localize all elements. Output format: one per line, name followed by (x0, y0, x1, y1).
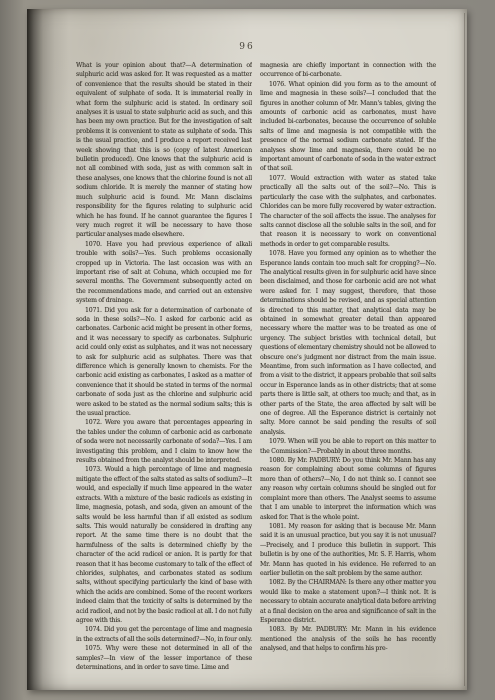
paragraph: What is your opinion about that?—A deter… (76, 61, 252, 240)
paragraph: 1074. Did you get the percentage of lime… (76, 625, 252, 644)
paragraph: magnesia are chiefly important in connec… (260, 61, 436, 80)
paragraph: 1075. Why were these not determined in a… (76, 644, 252, 672)
paragraph: 1080. By Mr. PADBURY: Do you think Mr. M… (260, 456, 436, 522)
paragraph: 1077. Would extraction with water as sta… (260, 174, 436, 249)
page-edge-line (464, 13, 465, 686)
paragraph: 1083. By Mr. PADBURY: Mr. Mann in his ev… (260, 625, 436, 653)
paragraph: 1081. My reason for asking that is becau… (260, 522, 436, 578)
paragraph: 1070. Have you had previous experience o… (76, 240, 252, 306)
paragraph: 1078. Have you formed any opinion as to … (260, 249, 436, 437)
scanned-page-background: 96 What is your opinion about that?—A de… (0, 0, 495, 700)
page-number: 96 (27, 9, 467, 52)
column-left: What is your opinion about that?—A deter… (76, 61, 252, 675)
paragraph: 1079. When will you be able to report on… (260, 437, 436, 456)
column-right: magnesia are chiefly important in connec… (260, 61, 436, 675)
paragraph: 1072. Were you aware that percentages ap… (76, 418, 252, 465)
paragraph: 1076. What opinion did you form as to th… (260, 80, 436, 174)
paragraph: 1073. Would a high percentage of lime an… (76, 465, 252, 625)
paragraph: 1071. Did you ask for a determination of… (76, 306, 252, 419)
book-page: 96 What is your opinion about that?—A de… (27, 9, 467, 690)
paragraph: 1082. By the CHAIRMAN: Is there any othe… (260, 578, 436, 625)
text-columns: What is your opinion about that?—A deter… (27, 52, 467, 675)
